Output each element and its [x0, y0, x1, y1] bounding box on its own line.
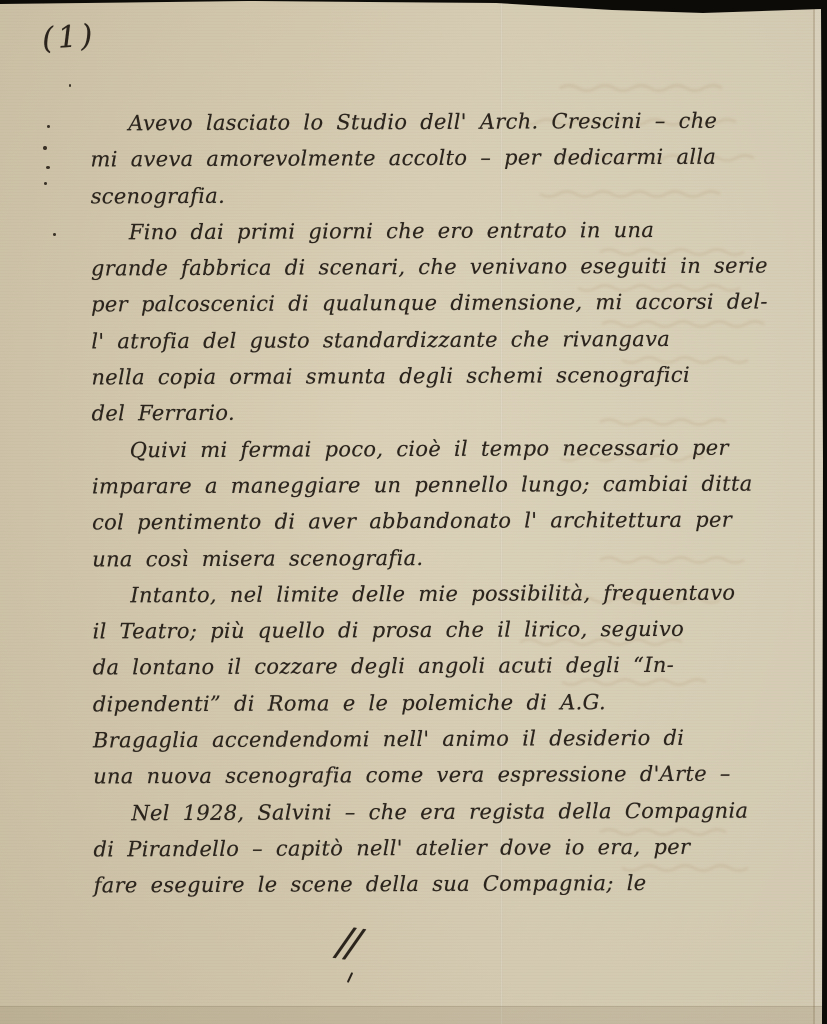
manuscript-line: Fino dai primi giorni che ero entrato in… [91, 211, 743, 250]
ink-speck [53, 233, 56, 236]
manuscript-line: dipendenti” di Roma e le polemiche di A.… [93, 683, 745, 722]
manuscript-line: una così misera scenografia. [92, 538, 744, 577]
manuscript-text-block: Avevo lasciato lo Studio dell' Arch. Cre… [90, 103, 745, 904]
manuscript-line: di Pirandello – capitò nell' atelier dov… [93, 829, 745, 868]
ink-speck [46, 166, 50, 169]
manuscript-line: una nuova scenografia come vera espressi… [93, 756, 745, 795]
manuscript-line: imparare a maneggiare un pennello lungo;… [92, 466, 744, 505]
bottom-edge-shadow [0, 1006, 827, 1024]
manuscript-line: per palcoscenici di qualunque dimensione… [91, 284, 743, 323]
manuscript-line: del Ferrario. [92, 393, 744, 432]
ink-speck [69, 84, 71, 87]
manuscript-line: il Teatro; più quello di prosa che il li… [92, 611, 744, 650]
continuation-tick-mark [347, 972, 353, 983]
manuscript-line: l' atrofia del gusto standardizzante che… [91, 320, 743, 359]
manuscript-line: col pentimento di aver abbandonato l' ar… [92, 502, 744, 541]
manuscript-page: (1) Avevo lasciato lo Studio dell' Arch.… [0, 0, 827, 1024]
manuscript-line: nella copia ormai smunta degli schemi sc… [91, 357, 743, 396]
manuscript-line: Bragaglia accendendomi nell' animo il de… [93, 720, 745, 759]
ink-speck [47, 125, 50, 128]
manuscript-line: Avevo lasciato lo Studio dell' Arch. Cre… [90, 103, 742, 142]
manuscript-line: Intanto, nel limite delle mie possibilit… [92, 574, 744, 613]
manuscript-line: da lontano il cozzare degli angoli acuti… [93, 647, 745, 686]
manuscript-line: Quivi mi fermai poco, cioè il tempo nece… [92, 429, 744, 468]
page-edge-line [813, 0, 822, 1024]
ink-speck [43, 146, 47, 150]
manuscript-line: grande fabbrica di scenari, che venivano… [91, 248, 743, 287]
page-number: (1) [41, 18, 98, 57]
manuscript-line: mi aveva amorevolmente accolto – per ded… [90, 139, 742, 178]
manuscript-line: Nel 1928, Salvini – che era regista dell… [93, 792, 745, 831]
manuscript-line: fare eseguire le scene della sua Compagn… [94, 865, 746, 904]
continuation-mark: // [335, 919, 360, 967]
ink-speck [44, 182, 47, 185]
manuscript-line: scenografia. [91, 175, 743, 214]
